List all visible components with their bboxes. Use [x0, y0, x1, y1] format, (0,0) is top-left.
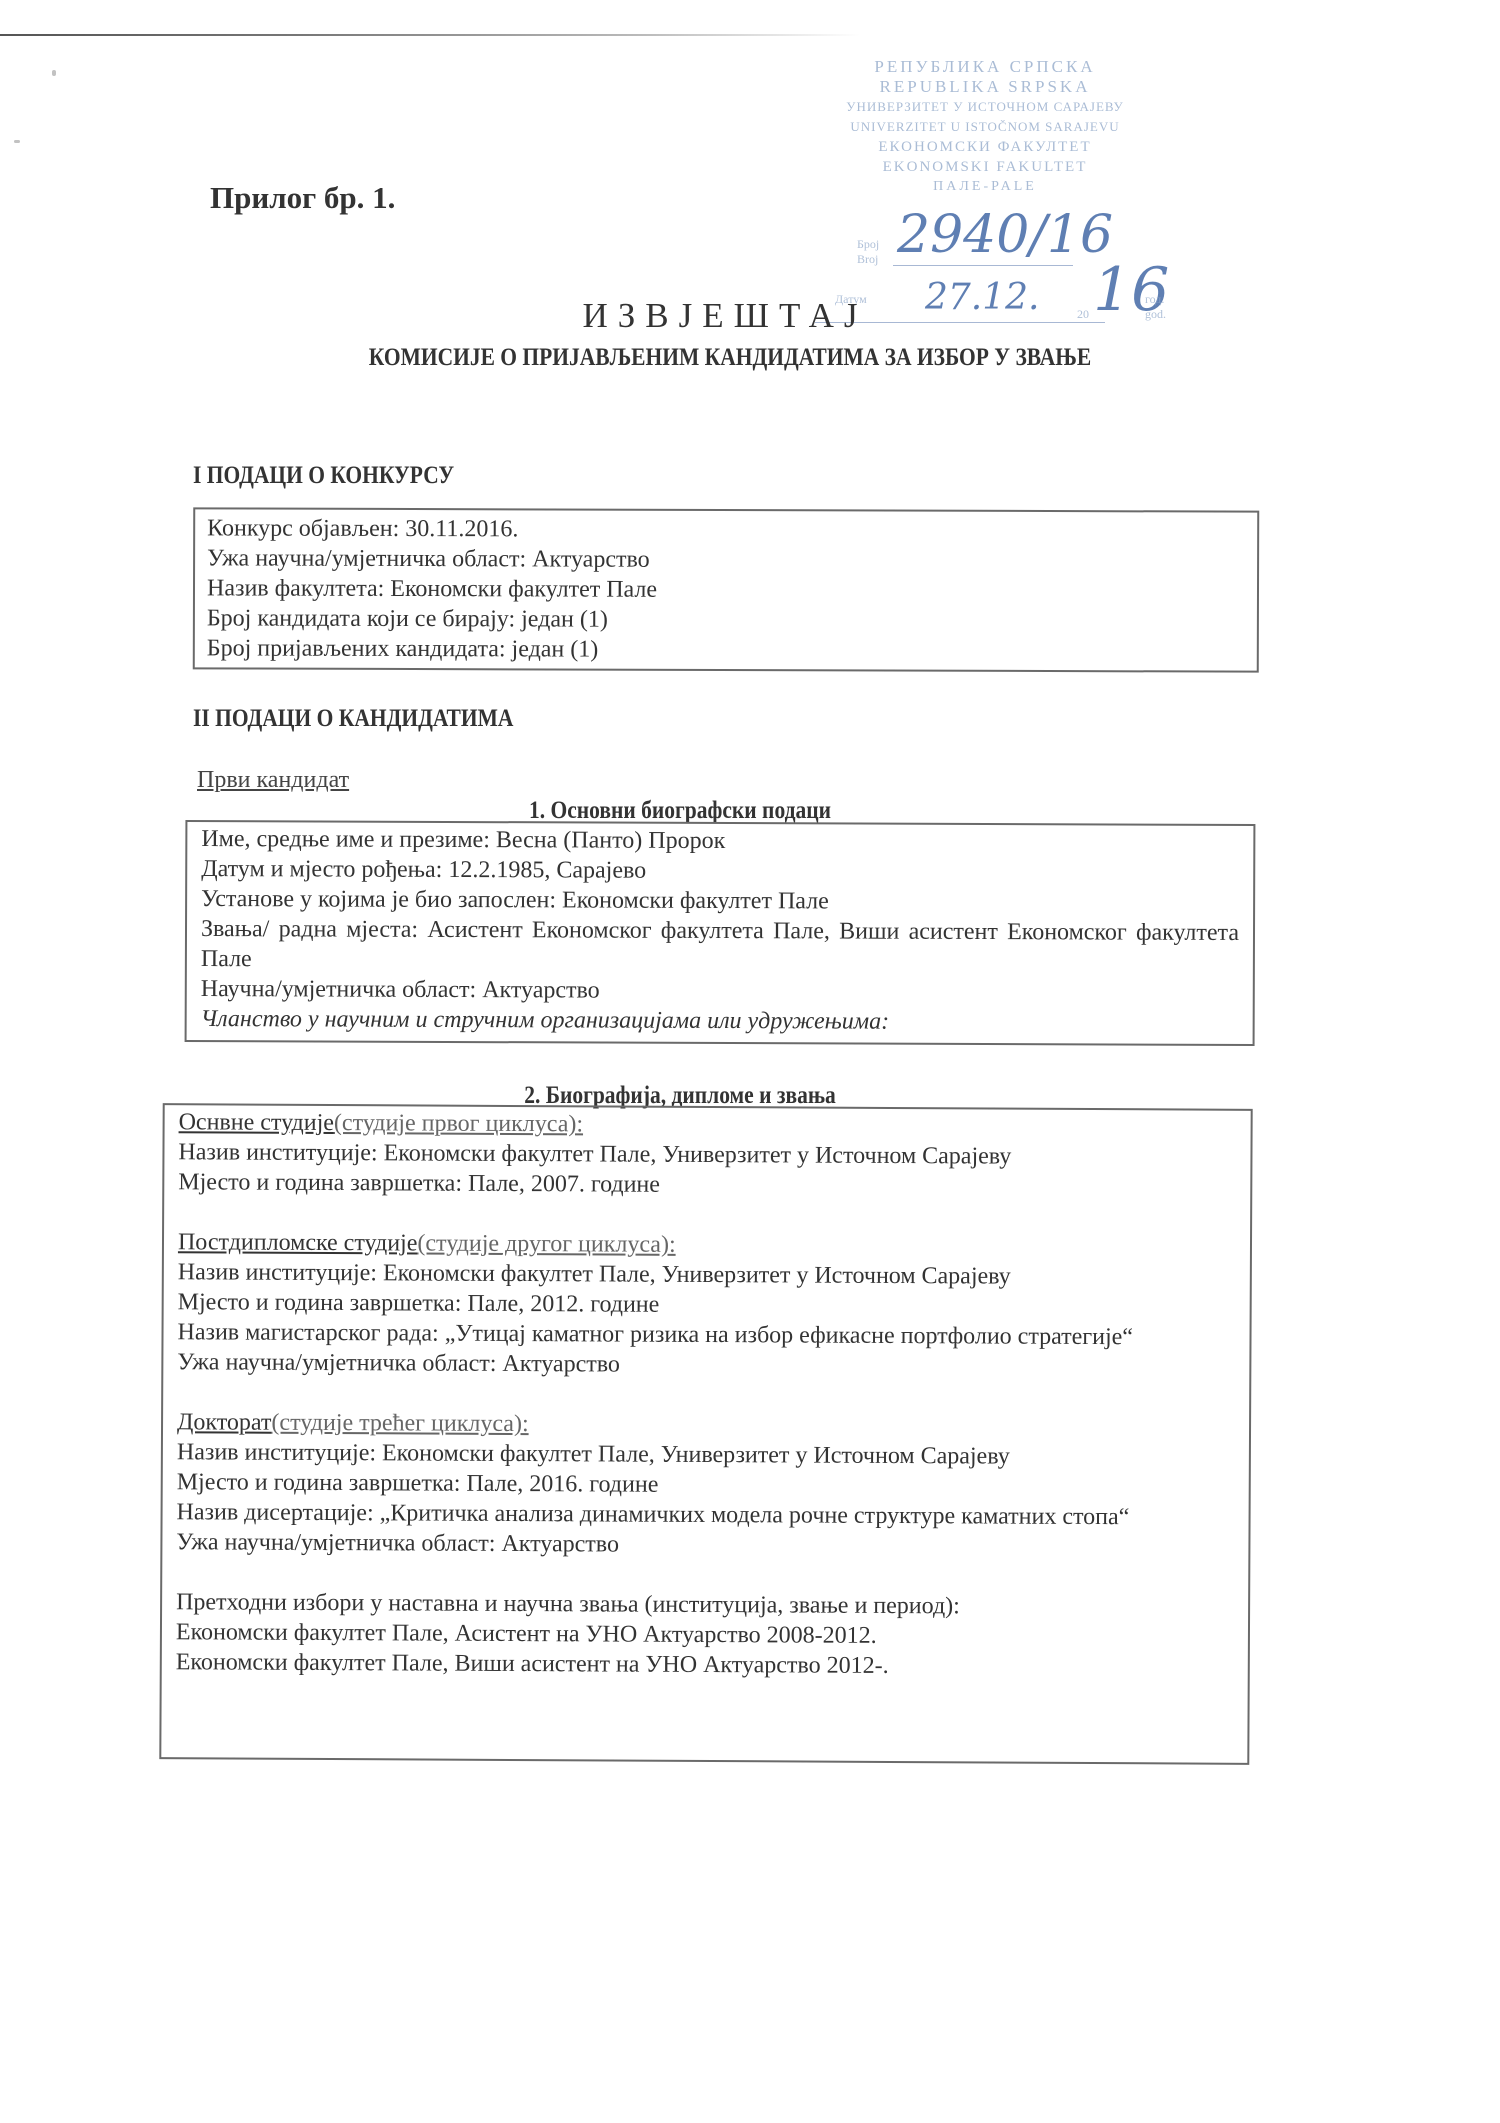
attachment-label: Прилог бр. 1. — [210, 180, 395, 216]
doctorate-label-note: (студије трећег циклуса): — [271, 1410, 528, 1437]
competition-positions-count: Број кандидата који се бирају: један (1) — [207, 603, 1257, 636]
section-1-heading: I ПОДАЦИ О КОНКУРСУ — [193, 462, 454, 490]
undergrad-label-note: (студије првог циклуса): — [334, 1110, 583, 1137]
stamp-line: РЕПУБЛИКА СРПСКА — [775, 57, 1195, 77]
postgrad-field: Ужа научна/умјетничка област: Актуарство — [177, 1347, 1233, 1383]
doctorate-label: Докторат — [177, 1409, 272, 1435]
registry-stamp: РЕПУБЛИКА СРПСКА REPUBLIKA SRPSKA УНИВЕР… — [775, 55, 1195, 335]
competition-published: Конкурс објављен: 30.11.2016. — [207, 513, 1257, 546]
stamp-line: REPUBLIKA SRPSKA — [775, 77, 1195, 97]
stamp-number-handwritten: 2940/16 — [897, 205, 1113, 265]
candidate-name: Име, средње име и презиме: Весна (Панто)… — [201, 824, 1239, 858]
postgrad-label-note: (студије другог циклуса): — [417, 1230, 675, 1257]
scan-speck — [52, 70, 56, 76]
competition-field: Ужа научна/умјетничка област: Актуарство — [207, 543, 1257, 576]
competition-faculty: Назив факултета: Економски факултет Пале — [207, 573, 1257, 606]
stamp-line: ПАЛЕ-PALE — [775, 177, 1195, 197]
stamp-number-label-latin: Broj — [857, 252, 878, 266]
candidate-membership: Чланство у научним и стручним организаци… — [201, 1004, 1239, 1038]
document-subtitle: КОМИСИЈЕ О ПРИЈАВЉЕНИМ КАНДИДАТИМА ЗА ИЗ… — [102, 344, 1358, 372]
document-title: ИЗВЈЕШТАЈ — [0, 296, 1450, 336]
stamp-line: УНИВЕРЗИТЕТ У ИСТОЧНОМ САРАЈЕВУ — [775, 97, 1195, 117]
undergrad-completion: Мјесто и година завршетка: Пале, 2007. г… — [178, 1167, 1234, 1203]
scan-speck — [14, 140, 20, 143]
candidate-positions: Звања/ радна мјеста: Асистент Економског… — [201, 914, 1239, 978]
previous-election-item: Економски факултет Пале, Виши асистент н… — [176, 1647, 1232, 1683]
competition-info-box: Конкурс објављен: 30.11.2016. Ужа научна… — [193, 507, 1260, 672]
competition-applicants-count: Број пријављених кандидата: један (1) — [207, 633, 1257, 666]
candidate-employment: Установе у којима је био запослен: Еконо… — [201, 884, 1239, 918]
candidate-label: Први кандидат — [197, 767, 349, 794]
undergrad-label: Оснвне студије — [179, 1109, 334, 1136]
scan-edge-line — [0, 34, 860, 36]
stamp-number-underline — [893, 265, 1073, 266]
stamp-number-label: Број — [857, 237, 879, 251]
candidate-field: Научна/умјетничка област: Актуарство — [201, 974, 1239, 1008]
section-2-heading: II ПОДАЦИ О КАНДИДАТИМА — [193, 705, 513, 733]
stamp-line: UNIVERZITET U ISTOČNOM SARAJEVU — [775, 117, 1195, 137]
candidate-birth: Датум и мјесто рођења: 12.2.1985, Сараје… — [201, 854, 1239, 888]
bio-box: Оснвне студије(студије првог циклуса): Н… — [159, 1103, 1252, 1765]
postgrad-label: Постдипломске студије — [178, 1229, 418, 1256]
basic-data-box: Име, средње име и презиме: Весна (Панто)… — [185, 820, 1256, 1046]
stamp-line: ЕКОНОМСКИ ФАКУЛТЕТ — [775, 137, 1195, 157]
stamp-line: EKONOMSKI FAKULTET — [775, 157, 1195, 177]
doctorate-field: Ужа научна/умјетничка област: Актуарство — [176, 1527, 1232, 1563]
